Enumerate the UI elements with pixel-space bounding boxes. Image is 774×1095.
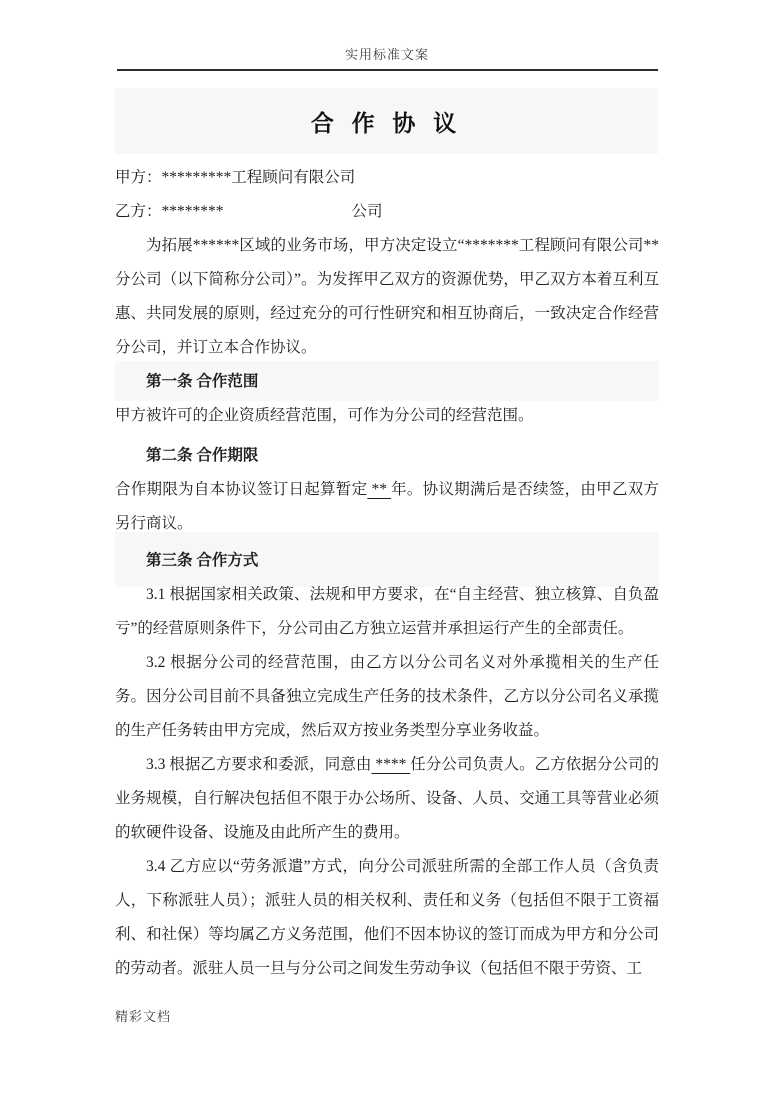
paragraph: 乙方：********公司: [115, 195, 659, 229]
paragraph: 甲方被许可的企业资质经营范围，可作为分公司的经营范围。: [115, 399, 659, 433]
text-run: 第二条 合作期限: [146, 447, 258, 464]
paragraph: 3.3 根据乙方要求和委派，同意由 **** 任分公司负责人。乙方依据分公司的业…: [115, 748, 659, 850]
text-run: 第三条 合作方式: [146, 552, 258, 569]
text-run: 合作期限为自本协议签订日起算暂定: [115, 481, 367, 498]
document-page: 实用标准文案 合 作 协 议 甲方：*********工程顾问有限公司乙方：**…: [0, 0, 774, 1095]
title-band: 合 作 协 议: [115, 88, 658, 154]
paragraph: 合作期限为自本协议签订日起算暂定 ** 年。协议期满后是否续签，由甲乙双方另行商…: [115, 473, 659, 541]
document-body: 甲方：*********工程顾问有限公司乙方：********公司为拓展****…: [115, 161, 659, 986]
section-heading: 第一条 合作范围: [115, 361, 659, 401]
footer-watermark: 精彩文档: [115, 1006, 171, 1025]
paragraph: 甲方：*********工程顾问有限公司: [115, 161, 659, 195]
header-divider: [117, 69, 658, 71]
text-run: 公司: [352, 203, 383, 220]
text-run: 甲方被许可的企业资质经营范围，可作为分公司的经营范围。: [115, 407, 534, 424]
section-heading: 第二条 合作期限: [115, 439, 659, 473]
paragraph: 3.2 根据分公司的经营范围，由乙方以分公司名义对外承揽相关的生产任务。因分公司…: [115, 646, 659, 748]
header-watermark: 实用标准文案: [0, 44, 774, 63]
paragraph: 为拓展******区域的业务市场，甲方决定设立“*******工程顾问有限公司*…: [115, 229, 659, 365]
text-run: 3.4 乙方应以“劳务派遣”方式，向分公司派驻所需的全部工作人员（含负责人，下称…: [115, 858, 659, 977]
paragraph: 3.1 根据国家相关政策、法规和甲方要求，在“自主经营、独立核算、自负盈亏”的经…: [115, 578, 659, 646]
text-run: 第一条 合作范围: [146, 373, 258, 390]
fill-in-blank: ****: [371, 756, 410, 773]
text-run: 乙方：********: [115, 203, 224, 220]
text-run: 为拓展******区域的业务市场，甲方决定设立“*******工程顾问有限公司*…: [115, 237, 659, 356]
text-run: 3.3 根据乙方要求和委派，同意由: [146, 756, 371, 773]
document-title: 合 作 协 议: [311, 105, 462, 138]
text-run: 甲方：*********工程顾问有限公司: [115, 169, 355, 186]
paragraph: 3.4 乙方应以“劳务派遣”方式，向分公司派驻所需的全部工作人员（含负责人，下称…: [115, 850, 659, 986]
fill-in-blank: **: [367, 481, 391, 498]
text-run: 3.2 根据分公司的经营范围，由乙方以分公司名义对外承揽相关的生产任务。因分公司…: [115, 654, 659, 739]
text-run: 3.1 根据国家相关政策、法规和甲方要求，在“自主经营、独立核算、自负盈亏”的经…: [115, 586, 659, 637]
